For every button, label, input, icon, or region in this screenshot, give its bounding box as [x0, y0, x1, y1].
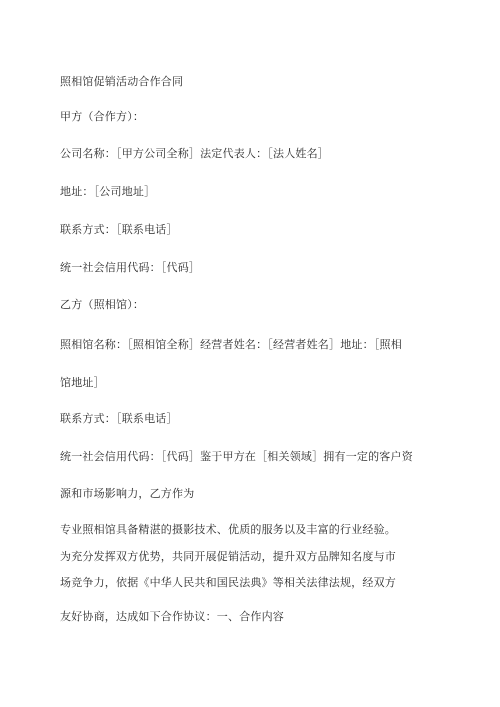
party-a-credit-code-line: 统一社会信用代码：［代码］ [60, 261, 200, 275]
preamble-line-3: 场竞争力，依据《中华人民共和国民法典》等相关法律法规，经双方 [60, 576, 396, 590]
party-b-heading: 乙方（照相馆）： [60, 298, 144, 312]
preamble-line-4: 友好协商，达成如下合作协议：一、合作内容 [60, 610, 284, 624]
party-b-credit-code-line-1: 统一社会信用代码：［代码］鉴于甲方在［相关领域］拥有一定的客户资 [60, 450, 413, 464]
preamble-line-2: 为充分发挥双方优势，共同开展促销活动，提升双方品牌知名度与市 [60, 550, 396, 564]
party-a-address-line: 地址：［公司地址］ [60, 185, 155, 199]
party-a-heading: 甲方（合作方）： [60, 110, 144, 124]
party-b-contact-line: 联系方式：［联系电话］ [60, 412, 178, 426]
party-b-studio-line-1: 照相馆名称：［照相馆全称］经营者姓名：［经营者姓名］地址：［照相 [60, 338, 402, 352]
party-a-company-line: 公司名称：［甲方公司全称］法定代表人：［法人姓名］ [60, 147, 329, 161]
preamble-line-1: 专业照相馆具备精湛的摄影技术、优质的服务以及丰富的行业经验。 [60, 523, 396, 537]
party-b-credit-code-line-2: 源和市场影响力，乙方作为 [60, 487, 194, 501]
party-a-contact-line: 联系方式：［联系电话］ [60, 223, 178, 237]
document-page: 照相馆促销活动合作合同 甲方（合作方）： 公司名称：［甲方公司全称］法定代表人：… [0, 0, 500, 707]
party-b-studio-line-2: 馆地址］ [60, 376, 105, 390]
document-title: 照相馆促销活动合作合同 [60, 75, 183, 89]
